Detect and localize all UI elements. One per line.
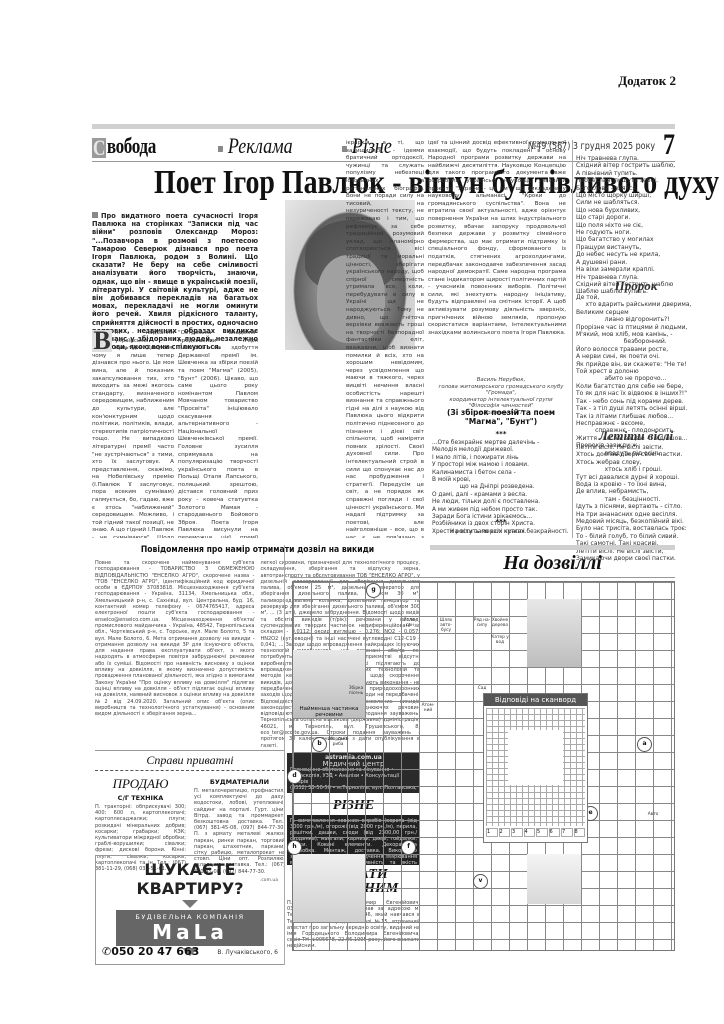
circle-letter-a: a — [637, 737, 652, 752]
circle-letter-v: v — [473, 874, 488, 889]
sell-title: ПРОДАЮ — [95, 776, 186, 792]
article-column-2: "Острозька академія" представили Ігоря П… — [178, 330, 258, 538]
wrenches-image — [293, 854, 365, 922]
circle-letter-g: g — [366, 583, 381, 598]
company-phone: ✆050 20 47 663 — [102, 945, 199, 958]
square-bullet-icon — [218, 146, 223, 152]
brand-rest: вобода — [107, 133, 156, 158]
circle-letter-f: f — [401, 840, 416, 855]
poem-title-prorok: Пророк — [576, 278, 696, 294]
scanword-answers: Відповіді на сканворд 1 2 3 4 5 6 7 8 — [483, 693, 588, 843]
circle-letter-h: h — [287, 840, 302, 855]
article-column-2b — [262, 355, 282, 538]
heron-image — [527, 599, 581, 667]
separator-stars: *** — [435, 430, 567, 438]
masthead-top-bar — [92, 124, 675, 129]
spoon-image — [527, 854, 581, 904]
collection-title: (Зі збірок поезій та поем "Магма", "Бунт… — [435, 408, 567, 426]
sell-category: С/Г ТЕХНІКА — [95, 794, 186, 802]
supplement-label: Додаток 2 — [618, 73, 676, 89]
newspaper-brand: Свобода — [92, 133, 156, 159]
drop-cap: В — [92, 330, 112, 352]
apartment-ad: ШУКАЄТЕ КВАРТИРУ? БУДІВЕЛЬНА КОМПАНІЯ Ma… — [95, 855, 285, 965]
ad-question: ШУКАЄТЕ КВАРТИРУ? — [96, 860, 284, 898]
article-column-1: В ін - надбання української культури. Ди… — [92, 330, 174, 538]
poem-title-vesilly: Летіти віслі — [576, 428, 696, 444]
leisure-divider — [290, 577, 675, 578]
classifieds-header: Справи приватні — [95, 750, 285, 771]
notice-title: Повідомлення про намір отримати дозвіл н… — [111, 545, 404, 555]
arrow-down-icon — [182, 900, 198, 908]
answers-grid — [486, 708, 585, 826]
leisure-title: На дозвіллі — [430, 552, 675, 575]
separator-stars: *** — [435, 518, 567, 526]
molecule-image: Найменша частинка речовини — [293, 650, 365, 718]
build-materials-title: БУДМАТЕРІАЛИ — [194, 778, 285, 786]
article-column-4: ідеї та цінний досвід ефективної громадс… — [428, 140, 566, 350]
company-logo: БУДІВЕЛЬНА КОМПАНІЯ MaLa — [116, 910, 264, 946]
answers-title: Відповіді на сканворд — [484, 694, 587, 706]
poem-night: Ніч травнева глупа. Східний вітер гостри… — [576, 155, 724, 296]
poem-next-start: На віхи замерзлі краплі. — [450, 528, 570, 535]
answer-number-cells: 1 2 3 4 5 6 7 8 — [484, 828, 587, 837]
column-divider — [284, 545, 285, 965]
brand-initial: С — [92, 138, 106, 158]
section-reklama: Реклама — [218, 133, 293, 159]
company-domain: .com.ua — [260, 878, 278, 883]
company-address: В. Лучаківського, 6 — [217, 949, 278, 956]
phone-icon: ✆ — [102, 945, 111, 958]
leisure-bar — [430, 545, 675, 550]
square-bullet-icon — [92, 212, 98, 218]
column-divider — [572, 140, 573, 538]
circle-letter-b: b — [312, 737, 327, 752]
circle-letter-d: d — [287, 769, 302, 784]
article-column-3: ієрархія, а ті, що залишилися, - ідеями … — [346, 140, 424, 538]
notice-column-1: Повне та скорочене найменування суб'єкта… — [95, 560, 255, 749]
